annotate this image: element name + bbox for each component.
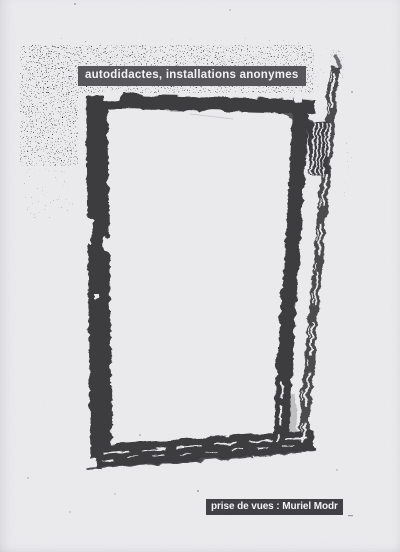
credit-banner: prise de vues : Muriel Modr xyxy=(206,499,343,515)
title-banner: autodidactes, installations anonymes xyxy=(78,66,306,86)
credit-text: prise de vues : Muriel Modr xyxy=(211,501,338,512)
book-cover: autodidactes, installations anonymes pri… xyxy=(0,0,400,552)
title-text: autodidactes, installations anonymes xyxy=(85,69,299,81)
